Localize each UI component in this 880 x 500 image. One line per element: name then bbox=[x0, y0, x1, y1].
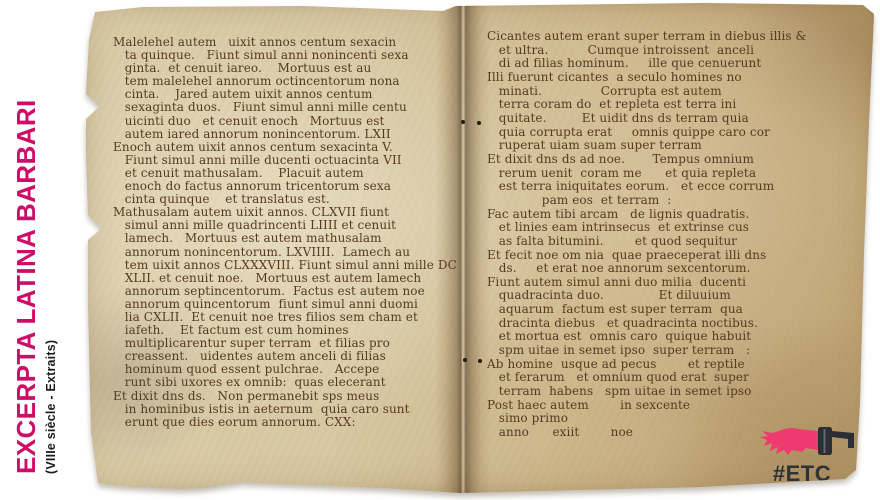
manuscript-line: sexaginta duos. Fiunt simul anni mille c… bbox=[113, 101, 463, 114]
binding-hole bbox=[463, 358, 467, 362]
manuscript-line: annorum septincentorum. Factus est autem… bbox=[113, 285, 463, 298]
manuscript-line: erunt que dies eorum annorum. CXX: bbox=[113, 416, 463, 429]
manuscript-line: ruperat uiam suam super terram bbox=[487, 139, 865, 153]
side-caption: EXCERPTA LATINA BARBARI (VIIIe siècle - … bbox=[12, 99, 59, 474]
etc-hashtag: #ETC bbox=[741, 461, 863, 487]
paint-roller-icon bbox=[758, 421, 858, 463]
manuscript-line: et ultra. Cumque introissent anceli bbox=[487, 44, 865, 58]
manuscript-line: annorum nonincentorum. LXVIIII. Lamech a… bbox=[113, 246, 463, 259]
manuscript-line: XLII. et cenuit noe. Mortuus est autem l… bbox=[113, 272, 463, 285]
manuscript-line: Fiunt simul anni mille ducenti octuacint… bbox=[113, 154, 463, 167]
manuscript-line: est terra iniquitates eorum. et ecce cor… bbox=[487, 180, 865, 194]
etc-logo: #ETC bbox=[753, 421, 863, 487]
manuscript-line: dracinta diebus et quadracinta noctibus. bbox=[487, 317, 865, 331]
manuscript-page-right: Cicantes autem erant super terram in die… bbox=[487, 30, 865, 440]
manuscript-line: Et dixit dns ds. Non permanebit sps meus bbox=[113, 390, 463, 403]
manuscript-line: pam eos et terram : bbox=[487, 194, 865, 208]
manuscript-line: rerum uenit coram me et quia repleta bbox=[487, 167, 865, 181]
manuscript-line: lamech. Mortuus est autem mathusalam bbox=[113, 232, 463, 245]
manuscript-photo: Malelehel autem uixit annos centum sexac… bbox=[83, 2, 876, 494]
manuscript-line: et linies eam intrinsecus et extrinse cu… bbox=[487, 221, 865, 235]
manuscript-line: di ad filias hominum. ille que cenuerunt bbox=[487, 57, 865, 71]
manuscript-line: et mortua est omnis caro quique habuit bbox=[487, 330, 865, 344]
manuscript-line: tem uixit annos CLXXXVIII. Fiunt simul a… bbox=[113, 259, 463, 272]
binding-hole bbox=[478, 359, 482, 363]
manuscript-line: terram habens spm uitae in semet ipso bbox=[487, 385, 865, 399]
manuscript-line: Fac autem tibi arcam de lignis quadratis… bbox=[487, 208, 865, 222]
manuscript-line: Cicantes autem erant super terram in die… bbox=[487, 30, 865, 44]
manuscript-line: et ferarum et omnium quod erat super bbox=[487, 371, 865, 385]
manuscript-line: Et fecit noe om nia quae praeceperat ill… bbox=[487, 249, 865, 263]
manuscript-line: uicinti duo et cenuit enoch Mortuus est bbox=[113, 115, 463, 128]
manuscript-line: runt sibi uxores ex omnib: quas eleceran… bbox=[113, 376, 463, 389]
manuscript-line: terra coram do et repleta est terra ini bbox=[487, 98, 865, 112]
manuscript-line: Illi fuerunt cicantes a seculo homines n… bbox=[487, 71, 865, 85]
manuscript-line: Et dixit dns ds ad noe. Tempus omnium bbox=[487, 153, 865, 167]
caption-title: EXCERPTA LATINA BARBARI bbox=[12, 99, 41, 474]
manuscript-line: minati. Corrupta est autem bbox=[487, 85, 865, 99]
manuscript-line: quitate. Et uidit dns ds terram quia bbox=[487, 112, 865, 126]
binding-hole bbox=[477, 121, 481, 125]
manuscript-line: aquarum factum est super terram qua bbox=[487, 303, 865, 317]
manuscript-line: Enoch autem uixit annos centum sexacinta… bbox=[113, 141, 463, 154]
parchment: Malelehel autem uixit annos centum sexac… bbox=[83, 2, 876, 494]
manuscript-line: Fiunt autem simul anni duo milia ducenti bbox=[487, 276, 865, 290]
caption-subtitle: (VIIIe siècle - Extraits) bbox=[44, 99, 59, 474]
manuscript-line: quadracinta duo. Et diluuium bbox=[487, 289, 865, 303]
manuscript-line: quia corrupta erat omnis quippe caro cor bbox=[487, 126, 865, 140]
manuscript-line: Post haec autem in sexcente bbox=[487, 399, 865, 413]
manuscript-line: as falta bitumini. et quod sequitur bbox=[487, 235, 865, 249]
manuscript-line: Ab homine usque ad pecus et reptile bbox=[487, 358, 865, 372]
manuscript-line: autem iared annorum nonincentorum. LXII bbox=[113, 128, 463, 141]
manuscript-page-left: Malelehel autem uixit annos centum sexac… bbox=[113, 36, 463, 429]
manuscript-line: ds. et erat noe annorum sexcentorum. bbox=[487, 262, 865, 276]
manuscript-line: spm uitae in semet ipso super terram : bbox=[487, 344, 865, 358]
poster-canvas: EXCERPTA LATINA BARBARI (VIIIe siècle - … bbox=[0, 0, 880, 500]
manuscript-line: in hominibus istis in aeternum quia caro… bbox=[113, 403, 463, 416]
manuscript-line: annorum quincentorum fiunt simul anni du… bbox=[113, 298, 463, 311]
